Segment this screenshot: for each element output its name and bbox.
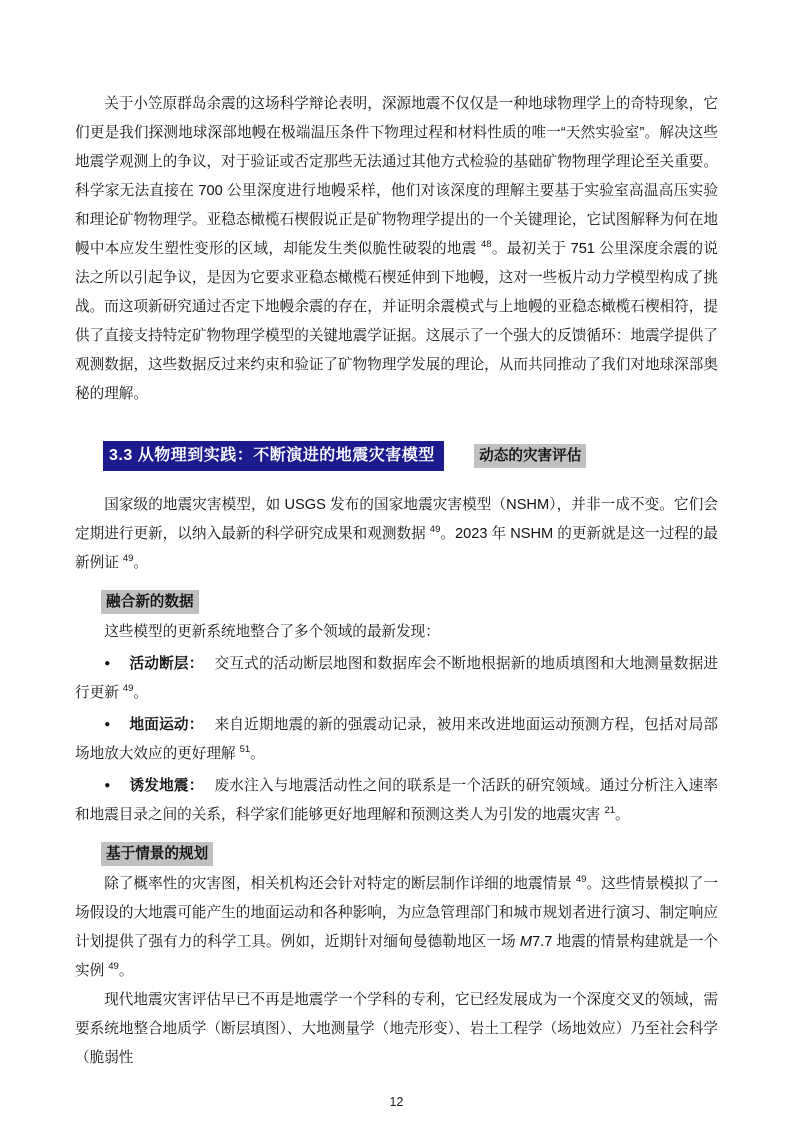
- paragraph-deep-quake-debate: 关于小笠原群岛余震的这场科学辩论表明，深源地震不仅仅是一种地球物理学上的奇特现象…: [75, 90, 718, 409]
- subheading-scenario-planning: 基于情景的规划: [101, 842, 213, 866]
- paragraph-text-run: 。最初关于 751 公里深度余震的说法之所以引起争议，是因为它要求亚稳态橄榄石楔…: [75, 241, 718, 402]
- paragraph-scenario-planning: 除了概率性的灾害图，相关机构还会针对特定的断层制作详细的地震情景 49。这些情景…: [75, 870, 718, 986]
- paragraph-text-run: 。: [250, 746, 265, 762]
- subheading-dynamic-hazard-assessment: 动态的灾害评估: [474, 444, 586, 468]
- paragraph-model-updates-intro: 这些模型的更新系统地整合了多个领域的最新发现：: [75, 618, 718, 647]
- footnote-ref-49[interactable]: 49: [108, 961, 119, 972]
- paragraph-text-run: 。: [119, 963, 134, 979]
- footnote-ref-49[interactable]: 49: [123, 683, 134, 694]
- bullet-icon: ●: [104, 658, 110, 669]
- bullet-icon: ●: [104, 780, 110, 791]
- magnitude-symbol: M: [520, 934, 532, 950]
- bullet-icon: ●: [104, 719, 110, 730]
- footnote-ref-49[interactable]: 49: [576, 874, 587, 885]
- bullet-label: 诱发地震：: [129, 778, 203, 794]
- paragraph-nshm-updates: 国家级的地震灾害模型，如 USGS 发布的国家地震灾害模型（NSHM），并非一成…: [75, 491, 718, 578]
- bullet-induced-seismicity: ●诱发地震：废水注入与地震活动性之间的联系是一个活跃的研究领域。通过分析注入速率…: [75, 771, 718, 830]
- document-page: 关于小笠原群岛余震的这场科学辩论表明，深源地震不仅仅是一种地球物理学上的奇特现象…: [0, 0, 793, 1122]
- page-number: 12: [75, 1093, 718, 1111]
- section-heading-3-3: 3.3 从物理到实践：不断演进的地震灾害模型: [103, 441, 444, 471]
- bullet-label: 地面运动：: [129, 717, 203, 733]
- footnote-ref-48[interactable]: 48: [481, 239, 492, 250]
- bullet-label: 活动断层：: [129, 656, 203, 672]
- footnote-ref-49[interactable]: 49: [123, 553, 134, 564]
- paragraph-text-run: 。: [615, 807, 630, 823]
- paragraph-text-run: 。: [133, 685, 148, 701]
- bullet-ground-motion: ●地面运动：来自近期地震的新的强震动记录，被用来改进地面运动预测方程，包括对局部…: [75, 710, 718, 769]
- footnote-ref-49[interactable]: 49: [430, 524, 441, 535]
- paragraph-text-run: 关于小笠原群岛余震的这场科学辩论表明，深源地震不仅仅是一种地球物理学上的奇特现象…: [75, 96, 718, 257]
- footnote-ref-21[interactable]: 21: [604, 805, 615, 816]
- footnote-ref-51[interactable]: 51: [240, 744, 251, 755]
- bullet-active-faults: ●活动断层：交互式的活动断层地图和数据库会不断地根据新的地质填图和大地测量数据进…: [75, 649, 718, 708]
- paragraph-text-run: 。: [133, 555, 148, 571]
- paragraph-interdisciplinary: 现代地震灾害评估早已不再是地震学一个学科的专利，它已经发展成为一个深度交叉的领域…: [75, 986, 718, 1073]
- subheading-integrating-new-data: 融合新的数据: [101, 590, 199, 614]
- paragraph-text-run: 除了概率性的灾害图，相关机构还会针对特定的断层制作详细的地震情景: [104, 876, 576, 892]
